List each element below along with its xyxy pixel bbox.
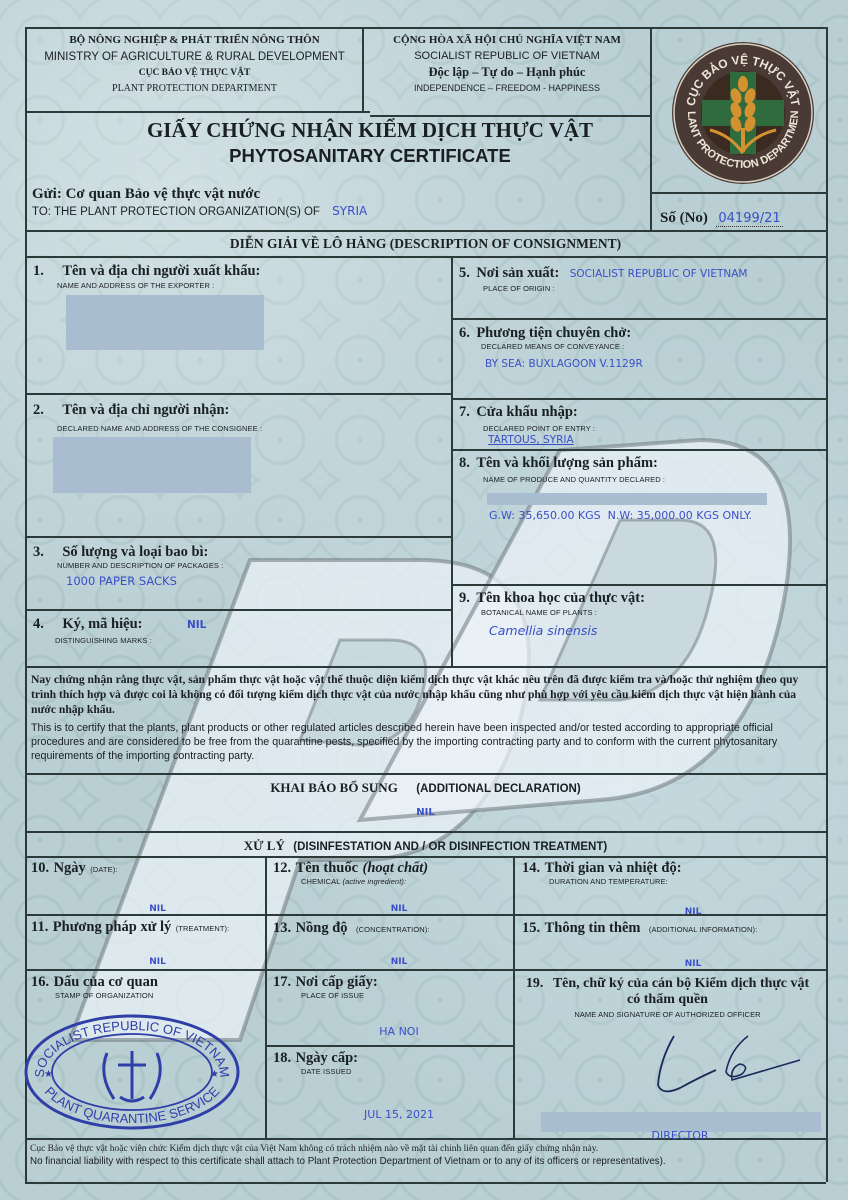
field-1-label-vn: Tên và địa chỉ người xuất khẩu: xyxy=(62,263,260,279)
liability-vn: Cục Bảo vệ thực vật hoặc viên chức Kiểm … xyxy=(30,1144,825,1154)
field-17-number: 17. xyxy=(273,974,291,990)
produce-quantity-value: G.W: 35,650.00 KGS N.W: 35,000.00 KGS ON… xyxy=(489,509,752,522)
consignment-heading: DIỄN GIẢI VỀ LÔ HÀNG (DESCRIPTION OF CON… xyxy=(25,236,826,252)
title-en: PHYTOSANITARY CERTIFICATE xyxy=(100,145,640,167)
motto-en: INDEPENDENCE – FREEDOM - HAPPINESS xyxy=(364,83,650,93)
date-issued-value: JUL 15, 2021 xyxy=(265,1108,533,1121)
field-18-label-en: DATE ISSUED xyxy=(301,1067,511,1076)
field-11-number: 11. xyxy=(31,919,48,935)
place-of-issue-value: HA NOI xyxy=(265,1025,533,1038)
field-8-number: 8. xyxy=(459,455,470,471)
country-en: SOCIALIST REPUBLIC OF VIETNAM xyxy=(364,50,650,62)
field-1-label-en: NAME AND ADDRESS OF THE EXPORTER : xyxy=(57,281,443,290)
chemical-value: NIL xyxy=(265,904,533,914)
field-12-number: 12. xyxy=(273,860,291,876)
field-8-label-vn: Tên và khối lượng sản phẩm: xyxy=(476,455,658,471)
additional-declaration-vn: KHAI BÁO BỔ SUNG xyxy=(270,780,398,795)
field-18-number: 18. xyxy=(273,1050,291,1066)
ministry-vn: BỘ NÔNG NGHIỆP & PHÁT TRIỂN NÔNG THÔN xyxy=(27,34,362,46)
liability-en: No financial liability with respect to t… xyxy=(30,1156,825,1167)
field-13-number: 13. xyxy=(273,920,291,936)
field-packages: 3. Số lượng và loại bao bì: NUMBER AND D… xyxy=(33,543,443,588)
origin-value: SOCIALIST REPUBLIC OF VIETNAM xyxy=(570,268,748,280)
field-10-label-en: (DATE): xyxy=(90,865,117,874)
field-10-label-vn: Ngày xyxy=(54,860,86,876)
field-12-label-vn: Tên thuốc xyxy=(296,860,358,876)
field-12-label-en: CHEMICAL xyxy=(301,877,340,886)
field-treatment-date: 10. Ngày (DATE): xyxy=(31,859,261,877)
ministry-en: MINISTRY OF AGRICULTURE & RURAL DEVELOPM… xyxy=(27,51,362,63)
additional-declaration-heading: KHAI BÁO BỔ SUNG (ADDITIONAL DECLARATION… xyxy=(25,779,826,797)
field-stamp: 16. Dấu của cơ quan STAMP OF ORGANIZATIO… xyxy=(31,973,261,1000)
additional-info-value: NIL xyxy=(513,959,848,969)
field-9-number: 9. xyxy=(459,590,470,606)
treatment-heading-vn: XỬ LÝ xyxy=(244,838,285,853)
field-date-issued: 18. Ngày cấp: DATE ISSUED xyxy=(273,1049,511,1076)
certificate-title: GIẤY CHỨNG NHẬN KIỂM DỊCH THỰC VẬT PHYTO… xyxy=(100,118,640,167)
exporter-redacted xyxy=(66,295,264,350)
field-14-number: 14. xyxy=(522,860,540,876)
certificate-number: Số (No) 04199/21 xyxy=(660,209,783,227)
treatment-heading: XỬ LÝ (DISINFESTATION AND / OR DISINFECT… xyxy=(25,837,826,855)
produce-redacted xyxy=(487,493,767,505)
field-19-label-en: NAME AND SIGNATURE OF AUTHORIZED OFFICER xyxy=(515,1010,820,1019)
to-label-en: TO: THE PLANT PROTECTION ORGANIZATION(S)… xyxy=(32,206,320,218)
field-12-label-vn-italic: (hoạt chất) xyxy=(362,860,428,876)
dept-en: PLANT PROTECTION DEPARTMENT xyxy=(27,83,362,94)
field-8-label-en: NAME OF PRODUCE AND QUANTITY DECLARED : xyxy=(483,475,824,484)
conveyance-value: BY SEA: BUXLAGOON V.1129R xyxy=(485,358,824,370)
certification-statement: Nay chứng nhận rằng thực vật, sản phẩm t… xyxy=(31,672,823,763)
field-5-label-en: PLACE OF ORIGIN : xyxy=(483,284,824,293)
marks-value: NIL xyxy=(187,619,206,631)
recipient-block: Gửi: Cơ quan Bảo vệ thực vật nước TO: TH… xyxy=(32,186,632,218)
field-11-label-vn: Phương pháp xử lý xyxy=(53,919,172,935)
additional-declaration-en: (ADDITIONAL DECLARATION) xyxy=(416,783,580,795)
number-label: Số (No) xyxy=(660,210,708,226)
field-13-label-en: (CONCENTRATION): xyxy=(356,925,430,934)
number-value: 04199/21 xyxy=(716,211,782,227)
field-9-label-en: BOTANICAL NAME OF PLANTS : xyxy=(481,608,824,617)
additional-declaration-value: NIL xyxy=(25,807,826,818)
field-17-label-vn: Nơi cấp giấy: xyxy=(296,974,378,990)
field-15-label-en: (ADDITIONAL INFORMATION): xyxy=(649,925,757,934)
field-4-label-vn: Ký, mã hiệu: xyxy=(62,616,142,632)
certification-en: This is to certify that the plants, plan… xyxy=(31,721,823,763)
svg-text:★: ★ xyxy=(210,1069,219,1080)
field-10-number: 10. xyxy=(31,860,49,876)
field-3-number: 3. xyxy=(33,544,44,560)
field-3-label-vn: Số lượng và loại bao bì: xyxy=(62,544,208,560)
field-3-label-en: NUMBER AND DESCRIPTION OF PACKAGES : xyxy=(57,561,443,570)
botanical-value: Camellia sinensis xyxy=(489,623,824,638)
motto-vn: Độc lập – Tự do – Hạnh phúc xyxy=(364,65,650,80)
field-2-number: 2. xyxy=(33,402,44,418)
duration-value: NIL xyxy=(513,907,848,917)
field-2-label-vn: Tên và địa chỉ người nhận: xyxy=(62,402,229,418)
field-19-label-vn: Tên, chữ ký của cán bộ Kiểm dịch thực vậ… xyxy=(553,976,809,991)
field-treatment-method: 11. Phương pháp xử lý (TREATMENT): xyxy=(31,918,263,936)
field-additional-info: 15. Thông tin thêm (ADDITIONAL INFORMATI… xyxy=(522,919,822,937)
field-authorized-officer: 19. Tên, chữ ký của cán bộ Kiểm dịch thự… xyxy=(515,976,820,1019)
field-4-number: 4. xyxy=(33,616,44,632)
dept-vn: CỤC BẢO VỆ THỰC VẬT xyxy=(27,68,362,78)
field-marks: 4. Ký, mã hiệu: NIL DISTINGUISHING MARKS… xyxy=(33,615,443,645)
field-4-label-en: DISTINGUISHING MARKS : xyxy=(55,636,443,645)
field-17-label-en: PLACE OF ISSUE xyxy=(301,991,511,1000)
field-7-number: 7. xyxy=(459,404,470,420)
plant-protection-emblem: CỤC BẢO VỆ THỰC VẬT PLANT PROTECTION DEP… xyxy=(670,40,816,186)
field-15-number: 15. xyxy=(522,920,540,936)
field-6-number: 6. xyxy=(459,325,470,341)
country-vn: CỘNG HÒA XÃ HỘI CHỦ NGHĨA VIỆT NAM xyxy=(364,34,650,46)
packages-value: 1000 PAPER SACKS xyxy=(66,574,443,588)
field-14-label-en: DURATION AND TEMPERATURE: xyxy=(549,877,822,886)
field-15-label-vn: Thông tin thêm xyxy=(545,920,641,936)
field-13-label-vn: Nồng độ xyxy=(296,920,348,936)
quarantine-stamp: SOCIALIST REPUBLIC OF VIETNAM PLANT QUAR… xyxy=(22,1013,242,1131)
field-chemical: 12. Tên thuốc (hoạt chất) CHEMICAL (acti… xyxy=(273,859,511,886)
field-2-label-en: DECLARED NAME AND ADDRESS OF THE CONSIGN… xyxy=(57,424,443,433)
field-14-label-vn: Thời gian và nhiệt độ: xyxy=(545,860,682,876)
field-7-label-en: DECLARED POINT OF ENTRY : xyxy=(483,424,824,433)
treatment-method-value: NIL xyxy=(25,957,290,967)
field-1-number: 1. xyxy=(33,263,44,279)
field-conveyance: 6. Phương tiện chuyên chở: DECLARED MEAN… xyxy=(459,324,824,370)
concentration-value: NIL xyxy=(265,957,533,967)
field-16-label-en: STAMP OF ORGANIZATION xyxy=(55,991,261,1000)
field-9-label-vn: Tên khoa học của thực vật: xyxy=(476,590,645,606)
field-place-of-issue: 17. Nơi cấp giấy: PLACE OF ISSUE xyxy=(273,973,511,1000)
field-5-label-vn: Nơi sản xuất: xyxy=(476,265,559,281)
field-consignee: 2. Tên và địa chỉ người nhận: DECLARED N… xyxy=(33,401,443,433)
field-6-label-en: DECLARED MEANS OF CONVEYANCE : xyxy=(481,342,824,351)
field-duration: 14. Thời gian và nhiệt độ: DURATION AND … xyxy=(522,859,822,886)
field-18-label-vn: Ngày cấp: xyxy=(296,1050,358,1066)
officer-signature xyxy=(650,1030,810,1100)
field-concentration: 13. Nồng độ (CONCENTRATION): xyxy=(273,919,511,937)
field-16-label-vn: Dấu của cơ quan xyxy=(54,974,158,990)
liability-disclaimer: Cục Bảo vệ thực vật hoặc viên chức Kiểm … xyxy=(30,1144,825,1167)
field-entry: 7. Cửa khẩu nhập: DECLARED POINT OF ENTR… xyxy=(459,403,824,446)
field-origin: 5. Nơi sản xuất: SOCIALIST REPUBLIC OF V… xyxy=(459,264,824,293)
field-16-number: 16. xyxy=(31,974,49,990)
treatment-date-value: NIL xyxy=(25,904,290,914)
field-7-label-vn: Cửa khẩu nhập: xyxy=(476,404,577,420)
field-11-label-en: (TREATMENT): xyxy=(176,924,230,933)
certification-vn: Nay chứng nhận rằng thực vật, sản phẩm t… xyxy=(31,672,823,717)
field-19-number: 19. xyxy=(526,976,544,991)
consignee-redacted xyxy=(53,437,251,493)
field-5-number: 5. xyxy=(459,265,470,281)
field-12-label-en-italic: (active ingredient): xyxy=(342,877,406,886)
field-produce: 8. Tên và khối lượng sản phẩm: NAME OF P… xyxy=(459,454,824,484)
field-exporter: 1. Tên và địa chỉ người xuất khẩu: NAME … xyxy=(33,262,443,290)
ministry-block: BỘ NÔNG NGHIỆP & PHÁT TRIỂN NÔNG THÔN MI… xyxy=(27,34,362,94)
entry-value: TARTOUS, SYRIA xyxy=(488,434,824,446)
field-19-label-vn2: có thẩm quền xyxy=(515,992,820,1008)
officer-title: DIRECTOR xyxy=(620,1129,740,1142)
title-vn: GIẤY CHỨNG NHẬN KIỂM DỊCH THỰC VẬT xyxy=(100,118,640,143)
country-block: CỘNG HÒA XÃ HỘI CHỦ NGHĨA VIỆT NAM SOCIA… xyxy=(364,34,650,93)
field-botanical: 9. Tên khoa học của thực vật: BOTANICAL … xyxy=(459,589,824,638)
to-label-vn: Gửi: Cơ quan Bảo vệ thực vật nước xyxy=(32,186,632,203)
field-6-label-vn: Phương tiện chuyên chở: xyxy=(476,325,631,341)
treatment-heading-en: (DISINFESTATION AND / OR DISINFECTION TR… xyxy=(293,841,607,853)
to-country-value: SYRIA xyxy=(332,204,367,218)
svg-text:★: ★ xyxy=(44,1069,53,1080)
